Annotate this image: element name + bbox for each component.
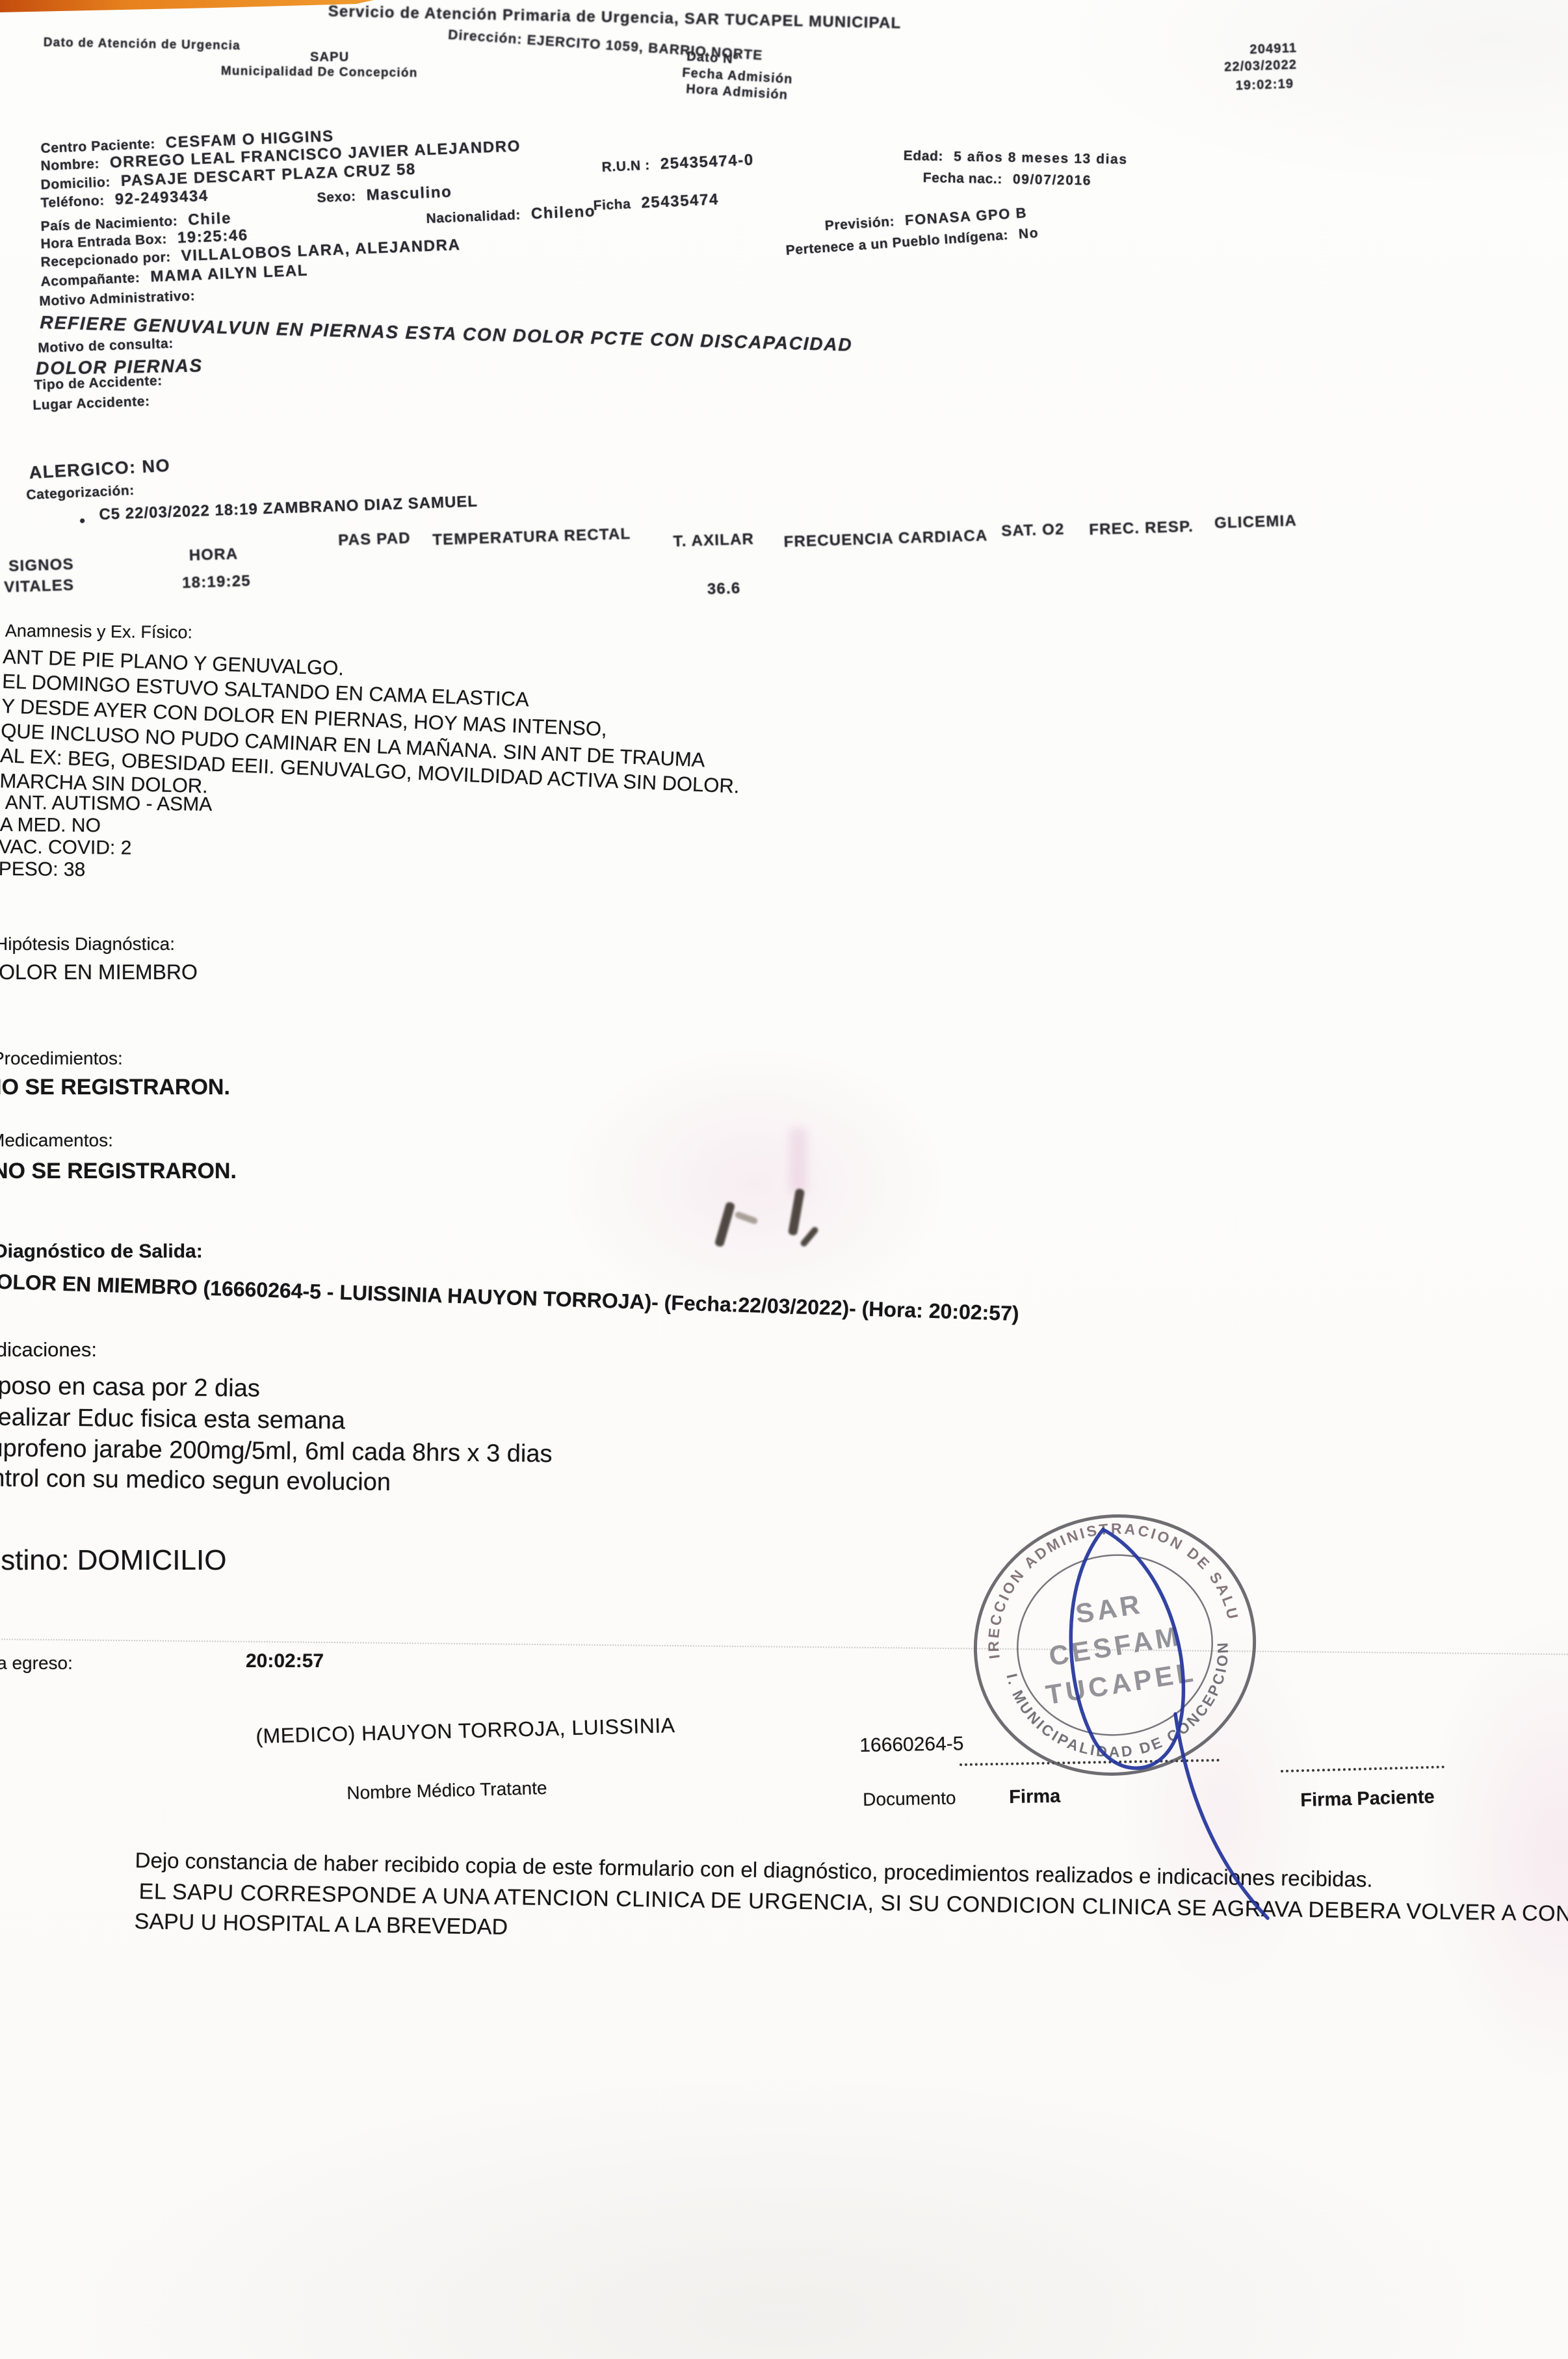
firma-paciente-label: Firma Paciente [1300, 1787, 1435, 1812]
triage-entry: C5 22/03/2022 18:19 ZAMBRANO DIAZ SAMUEL [99, 493, 478, 524]
pueblo-indigena-value: No [1018, 226, 1039, 242]
pen-signature [1071, 1529, 1268, 1918]
recepcionado-label: Recepcionado por: [40, 250, 171, 270]
scan-smudge [714, 1201, 736, 1247]
scan-smudge [734, 1211, 758, 1225]
edad-label: Edad: [904, 148, 944, 164]
diagnostico-salida-title: Diagnóstico de Salida: [0, 1241, 203, 1263]
org-name: SAPU [310, 50, 349, 65]
indicacion-line: Reposo en casa por 2 dias [0, 1372, 260, 1403]
medico-nombre: (MEDICO) HAUYON TORROJA, LUISSINIA [255, 1713, 675, 1748]
telefono-value: 92-2493434 [114, 187, 209, 209]
dato-no-label: Dato Nº [686, 49, 739, 68]
ficha-row: Ficha25435474 [593, 191, 720, 215]
sexo-value: Masculino [366, 183, 452, 204]
vitales-col-t-axilar: T. AXILAR [673, 531, 754, 551]
stamp-inner-line2: CESFAM [1047, 1620, 1183, 1671]
scan-smudge [800, 1226, 820, 1248]
vitales-col-hora: HORA [189, 546, 238, 565]
alergico-line: ALERGICO: NO [29, 456, 171, 483]
nombre-medico-tratante-label: Nombre Médico Tratante [346, 1778, 547, 1804]
vitales-col-pas-pad: PAS PAD [338, 529, 411, 549]
pais-value: Chile [188, 209, 232, 229]
stamp-ring-top-text: DIRECCION ADMINISTRACION DE SALUD [967, 1501, 1243, 1668]
run-label: R.U.N : [601, 158, 650, 175]
rubber-stamp: DIRECCION ADMINISTRACION DE SALUD ★ I. M… [957, 1496, 1274, 1794]
fecha-admision-value: 22/03/2022 [1141, 58, 1298, 78]
form-service-title: Servicio de Atención Primaria de Urgenci… [328, 3, 901, 33]
stamp-ring-bottom-text: ★ I. MUNICIPALIDAD DE CONCEPCION ★ [999, 1614, 1247, 1777]
indicacion-line: Ibuprofeno jarabe 200mg/5ml, 6ml cada 8h… [0, 1434, 553, 1468]
motivo-consulta-label: Motivo de consulta: [38, 336, 174, 356]
motivo-admin-label: Motivo Administrativo: [39, 289, 196, 310]
ficha-value: 25435474 [641, 191, 720, 211]
scan-smudge [788, 1188, 805, 1235]
hora-box-value: 19:25:46 [177, 226, 248, 246]
destino-line: Destino: DOMICILIO [0, 1544, 226, 1577]
hipotesis-title: Hipótesis Diagnóstica: [0, 934, 175, 955]
procedimientos-value: NO SE REGISTRARON. [0, 1075, 230, 1100]
stamp-inner-line3: TUCAPEL [1043, 1656, 1198, 1710]
antecedente-line: A MED. NO [0, 814, 101, 837]
categorizacion-label: Categorización: [26, 483, 135, 503]
hipotesis-value: DOLOR EN MIEMBRO [0, 960, 198, 984]
lugar-accidente-label: Lugar Accidente: [33, 394, 150, 414]
diagnostico-salida-value: DOLOR EN MIEMBRO (16660264-5 - LUISSINIA… [0, 1269, 1019, 1326]
fecha-nac-label: Fecha nac.: [923, 170, 1003, 187]
run-value: 25435474-0 [660, 151, 754, 173]
stamp-outer-ring [957, 1496, 1274, 1794]
vitales-col-glicemia: GLICEMIA [1214, 512, 1298, 533]
scanned-medical-form: Servicio de Atención Primaria de Urgenci… [0, 0, 1568, 2359]
vitales-label-1: SIGNOS [8, 555, 74, 575]
nacionalidad-label: Nacionalidad: [426, 207, 521, 226]
hora-admision-value: 19:02:19 [1164, 77, 1294, 96]
firma-paciente-dotted-line [1281, 1765, 1444, 1773]
vitales-col-frec-cardiaca: FRECUENCIA CARDIACA [783, 527, 988, 551]
triage-bullet: • [79, 512, 86, 531]
vitales-t-axilar-value: 36.6 [707, 579, 740, 599]
indicacion-line: Control con su medico segun evolucion [0, 1464, 391, 1497]
vitales-col-frec-resp: FREC. RESP. [1089, 518, 1194, 539]
doc-type-label: Dato de Atención de Urgencia [44, 36, 241, 53]
edad-value: 5 años 8 meses 13 dias [954, 149, 1128, 167]
domicilio-label: Domicilio: [40, 175, 111, 192]
pueblo-indigena-label: Pertenece a un Pueblo Indígena: [785, 228, 1009, 258]
vitales-hora-value: 18:19:25 [182, 572, 251, 592]
stamp-inner-ring [1004, 1541, 1225, 1749]
nacionalidad-row: Nacionalidad:Chileno [426, 203, 596, 228]
pueblo-indigena-row: Pertenece a un Pueblo Indígena:No [785, 226, 1039, 259]
nombre-label: Nombre: [40, 156, 99, 174]
stamp-inner-line1: SAR [1073, 1588, 1145, 1629]
ficha-label: Ficha [593, 196, 631, 213]
medicamentos-title: Medicamentos: [0, 1130, 113, 1151]
hora-egreso-label: Hora egreso: [0, 1653, 73, 1674]
sexo-label: Sexo: [317, 189, 356, 205]
anamnesis-title: Anamnesis y Ex. Físico: [5, 621, 192, 643]
telefono-label: Teléfono: [40, 193, 105, 211]
acompanante-label: Acompañante: [40, 270, 140, 289]
org-sub: Municipalidad De Concepción [221, 64, 418, 81]
sexo-row: Sexo:Masculino [317, 183, 452, 207]
fecha-nac-row: Fecha nac.:09/07/2016 [923, 170, 1092, 189]
medicamentos-value: NO SE REGISTRARON. [0, 1159, 237, 1184]
fecha-nac-value: 09/07/2016 [1013, 172, 1091, 188]
firma-label: Firma [1009, 1786, 1061, 1808]
indicacion-line: No realizar Educ fisica esta semana [0, 1403, 345, 1435]
vitales-col-temp-rectal: TEMPERATURA RECTAL [432, 525, 631, 550]
scan-edge-strip [0, 0, 374, 13]
antecedente-line: VAC. COVID: 2 [0, 836, 131, 860]
prevision-value: FONASA GPO B [904, 204, 1027, 228]
vitales-col-sat-o2: SAT. O2 [1001, 521, 1065, 541]
firma-dotted-line [960, 1759, 1220, 1766]
run-row: R.U.N :25435474-0 [601, 151, 754, 176]
paper-fold-line [0, 1639, 1568, 1655]
prevision-label: Previsión: [824, 214, 895, 233]
procedimientos-title: Procedimientos: [0, 1048, 123, 1069]
edad-row: Edad:5 años 8 meses 13 dias [904, 148, 1128, 168]
scan-stain [790, 1128, 807, 1193]
indicaciones-title: Indicaciones: [0, 1338, 97, 1362]
footer-line: SAPU U HOSPITAL A LA BREVEDAD [134, 1909, 508, 1940]
medico-documento: 16660264-5 [859, 1733, 964, 1757]
dato-no-value: 204911 [1167, 41, 1298, 60]
vitales-label-2: VITALES [4, 576, 75, 596]
nacionalidad-value: Chileno [530, 203, 595, 223]
antecedente-line: PESO: 38 [0, 858, 85, 881]
antecedente-line: ANT. AUTISMO - ASMA [5, 792, 213, 816]
documento-label: Documento [863, 1788, 956, 1810]
hora-egreso-value: 20:02:57 [246, 1650, 324, 1672]
